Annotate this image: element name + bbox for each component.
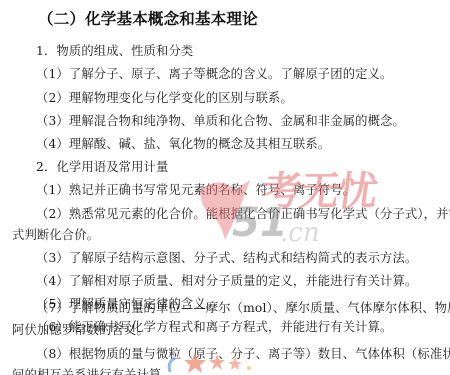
list-item: （3）理解混合物和纯净物、单质和化合物、金属和非金属的概念。	[36, 111, 405, 129]
list-item-continuation: 式判断化合价。	[12, 225, 99, 243]
list-item: （2）理解物理变化与化学变化的区别与联系。	[36, 88, 293, 106]
subsection-heading: 2．化学用语及常用计量	[36, 157, 168, 175]
list-item: （3）了解原子结构示意图、分子式、结构式和结构简式的表示方法。	[36, 248, 417, 266]
watermark-logo-domain: .cn	[280, 218, 320, 248]
list-item: （1）了解分子、原子、离子等概念的含义。了解原子团的定义。	[36, 64, 393, 82]
list-item: （4）了解相对原子质量、相对分子质量的定义，并能进行有关计算。	[36, 271, 417, 289]
list-item-continuation: 间的相互关系进行有关计算。	[12, 365, 174, 375]
section-title: （二）化学基本概念和基本理论	[38, 7, 258, 29]
list-item-continuation: 阿伏加德罗常数的含义。	[12, 320, 149, 338]
subsection-heading: 1．物质的组成、性质和分类	[36, 41, 193, 59]
watermark-stars-icon	[165, 350, 255, 375]
list-item: （4）理解酸、碱、盐、氧化物的概念及其相互联系。	[36, 134, 330, 152]
list-item: （7）了解物质的量的单位——摩尔（mol）、摩尔质量、气体摩尔体积、物质的量浓度…	[36, 298, 450, 316]
